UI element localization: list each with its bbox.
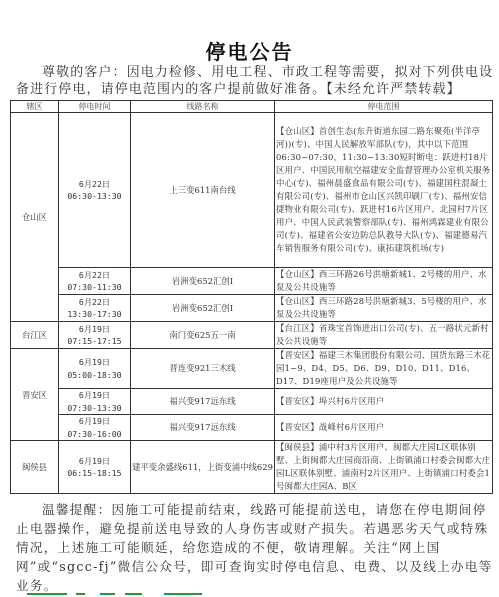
spellcheck-underline [164, 593, 202, 595]
time-range: 06:15-18:15 [60, 467, 129, 480]
scope-cell: 【台江区】省珠宝首饰进出口公司(专)、五一路状元新村及公共设施等 [275, 322, 493, 349]
header-district: 辖区 [11, 101, 59, 113]
date: 6月22日 [60, 269, 129, 282]
date: 6月22日 [60, 296, 129, 309]
table-row: 6月19日07:30-16:00 福兴变917远东线 【晋安区】战峰村6片区用户 [11, 415, 493, 441]
reminder-paragraph: 温馨提醒：因施工可能提前结束，线路可能提前送电，请您在停电期间停止电器操作，避免… [16, 500, 494, 595]
reminder-text: 温馨提醒：因施工可能提前结束，线路可能提前送电，请您在停电期间停止电器操作，避免… [16, 502, 493, 593]
line-cell: 建平变余盛线611，上街变浦中线629 [131, 441, 275, 494]
time-range: 07:30-13:30 [60, 402, 129, 415]
time-cell: 6月19日07:30-16:00 [59, 415, 131, 441]
spellcheck-underline [27, 593, 67, 595]
time-range: 07:30-16:00 [60, 428, 129, 441]
line-cell: 南门变625五一南 [131, 322, 275, 349]
table-row: 晋安区 6月19日05:00-18:30 晋连变921三木线 【晋安区】福建三木… [11, 349, 493, 389]
time-range: 06:30-13:30 [60, 190, 129, 203]
table-row: 6月22日13:30-17:30 岩洲变652汇创Ⅰ 【仓山区】西三环路28号洪… [11, 295, 493, 322]
header-time: 停电时间 [59, 101, 131, 113]
date: 6月19日 [60, 415, 129, 428]
time-cell: 6月19日05:00-18:30 [59, 349, 131, 389]
time-range: 05:00-18:30 [60, 369, 129, 382]
table-header-row: 辖区 停电时间 线路名称 停电范围 [11, 101, 493, 113]
spellcheck-underline [100, 593, 115, 595]
line-cell: 晋连变921三木线 [131, 349, 275, 389]
table-row: 仓山区 6月22日06:30-13:30 上三变611南台线 【仓山区】首创生态… [11, 113, 493, 268]
scope-cell: 【晋安区】战峰村6片区用户 [275, 415, 493, 441]
table-row: 6月22日07:30-11:30 岩洲变652汇创Ⅰ 【仓山区】西三环路26号洪… [11, 268, 493, 295]
outage-table: 辖区 停电时间 线路名称 停电范围 仓山区 6月22日06:30-13:30 上… [10, 100, 493, 494]
time-cell: 6月19日07:30-13:30 [59, 389, 131, 415]
time-range: 13:30-17:30 [60, 308, 129, 321]
header-scope: 停电范围 [275, 101, 493, 113]
time-cell: 6月19日07:15-17:15 [59, 322, 131, 349]
time-cell: 6月22日06:30-13:30 [59, 113, 131, 268]
district-cell: 闽侯县 [11, 441, 59, 494]
date: 6月19日 [60, 455, 129, 468]
table-row: 台江区 6月19日07:15-17:15 南门变625五一南 【台江区】省珠宝首… [11, 322, 493, 349]
scope-cell: 【晋安区】埠兴村6片区用户 [275, 389, 493, 415]
time-cell: 6月19日06:15-18:15 [59, 441, 131, 494]
line-cell: 福兴变917远东线 [131, 389, 275, 415]
scope-cell: 【闽侯县】浦中村3片区用户、闽都大庄园L区联体别墅、上街闽都大庄园商沿商、上街镇… [275, 441, 493, 494]
date: 6月19日 [60, 356, 129, 369]
time-range: 07:15-17:15 [60, 335, 129, 348]
scope-cell: 【仓山区】西三环路26号洪塘新城1、2号楼的用户、水泵及公共设施等 [275, 268, 493, 295]
spellcheck-underline [125, 593, 142, 595]
intro-paragraph: 尊敬的客户：因电力检修、用电工程、市政工程等需要，拟对下列供电设备进行停电，请停… [16, 64, 494, 98]
notice-title: 停电公告 [0, 36, 499, 65]
time-cell: 6月22日13:30-17:30 [59, 295, 131, 322]
district-cell: 晋安区 [11, 349, 59, 441]
table-row: 闽侯县 6月19日06:15-18:15 建平变余盛线611，上街变浦中线629… [11, 441, 493, 494]
intro-text: 尊敬的客户：因电力检修、用电工程、市政工程等需要，拟对下列供电设备进行停电，请停… [16, 65, 493, 97]
scope-cell: 【晋安区】福建三木集团股份有限公司、国货东路三木花园1~9、D4、D5、D6、D… [275, 349, 493, 389]
scope-cell: 【仓山区】西三环路28号洪塘新城3、5号楼的用户、水泵及公共设施等 [275, 295, 493, 322]
line-cell: 福兴变917远东线 [131, 415, 275, 441]
district-cell: 台江区 [11, 322, 59, 349]
district-cell: 仓山区 [11, 113, 59, 322]
scope-cell: 【仓山区】首创生态(东升街道东园二路东聚苑(半洋亭河))(专)、中国人民解放军部… [275, 113, 493, 268]
time-cell: 6月22日07:30-11:30 [59, 268, 131, 295]
time-range: 07:30-11:30 [60, 281, 129, 294]
table-row: 6月19日07:30-13:30 福兴变917远东线 【晋安区】埠兴村6片区用户 [11, 389, 493, 415]
date: 6月22日 [60, 178, 129, 191]
line-cell: 岩洲变652汇创Ⅰ [131, 268, 275, 295]
line-cell: 上三变611南台线 [131, 113, 275, 268]
header-line: 线路名称 [131, 101, 275, 113]
date: 6月19日 [60, 323, 129, 336]
line-cell: 岩洲变652汇创Ⅰ [131, 295, 275, 322]
date: 6月19日 [60, 389, 129, 402]
spellcheck-underline [76, 593, 85, 595]
